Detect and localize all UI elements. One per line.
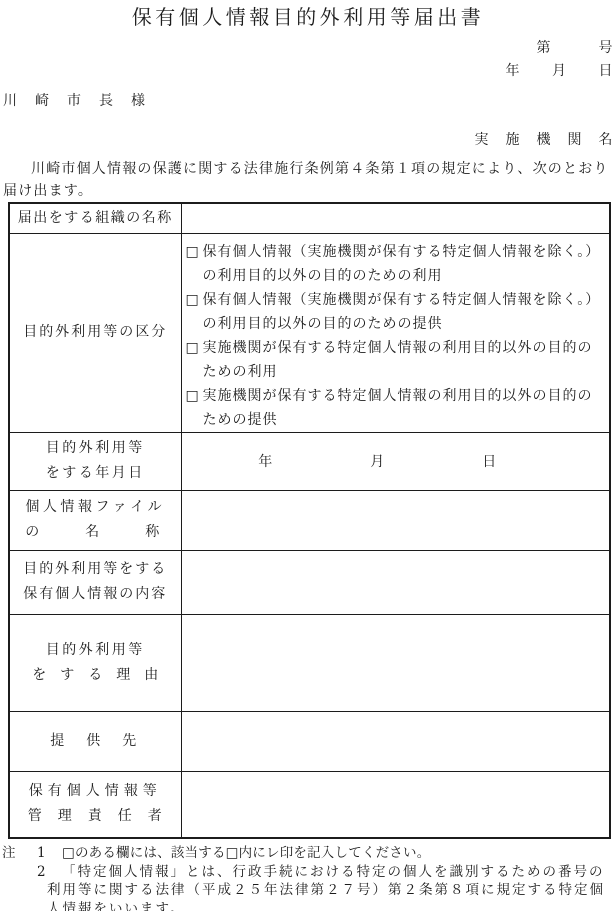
reason-field xyxy=(181,614,610,711)
org-name-field xyxy=(181,203,610,233)
manager-label-line2: 管 理 責 任 者 xyxy=(10,804,181,829)
recipient-label: 提 供 先 xyxy=(10,729,181,754)
intro-paragraph: 川崎市個人情報の保護に関する法律施行条例第４条第１項の規定により、次のとおり 届… xyxy=(3,158,609,202)
checkbox-label: 実施機関が保有する特定個人情報の利用目的以外の目的の ための利用 xyxy=(203,336,593,384)
manager-label-cell: 保有個人情報等 管 理 責 任 者 xyxy=(9,771,181,838)
info-content-field xyxy=(181,550,610,614)
row-info-content: 目的外利用等をする 保有個人情報の内容 xyxy=(9,550,610,614)
file-name-field xyxy=(181,490,610,550)
row-date: 目的外利用等 をする年月日 年 月 日 xyxy=(9,432,610,490)
date-label-line1: 目的外利用等 xyxy=(10,436,181,461)
agency-name-label: 実 施 機 関 名 xyxy=(0,131,616,150)
file-label-line2: の 名 称 xyxy=(10,520,181,545)
document-number: 第 号 xyxy=(0,39,616,58)
manager-label-line1: 保有個人情報等 xyxy=(10,779,181,804)
month-label: 月 xyxy=(370,451,384,471)
content-label-line1: 目的外利用等をする xyxy=(10,557,181,582)
addressee: 川 崎 市 長 様 xyxy=(0,92,616,111)
recipient-label-cell: 提 供 先 xyxy=(9,711,181,771)
row-reason: 目的外利用等 を す る 理 由 xyxy=(9,614,610,711)
reason-label-cell: 目的外利用等 を す る 理 由 xyxy=(9,614,181,711)
row-category: 目的外利用等の区分 □ 保有個人情報（実施機関が保有する特定個人情報を除く。） … xyxy=(9,233,610,432)
reason-label-line1: 目的外利用等 xyxy=(10,638,181,663)
note-text: □のある欄には、該当する□内にレ印を記入してください。 xyxy=(47,844,616,863)
org-name-label: 届出をする組織の名称 xyxy=(10,206,181,231)
org-name-label-cell: 届出をする組織の名称 xyxy=(9,203,181,233)
checkbox-icon[interactable]: □ xyxy=(186,384,203,408)
reason-label-line2: を す る 理 由 xyxy=(10,663,181,688)
category-options-cell: □ 保有個人情報（実施機関が保有する特定個人情報を除く。） の利用目的以外の目的… xyxy=(181,233,610,432)
content-label-line2: 保有個人情報の内容 xyxy=(10,582,181,607)
recipient-field xyxy=(181,711,610,771)
date-placeholders: 年 月 日 xyxy=(182,451,574,471)
note-item-2: 2 「特定個人情報」とは、行政手続における特定の個人を識別するための番号の 利用… xyxy=(2,863,616,911)
row-manager: 保有個人情報等 管 理 責 任 者 xyxy=(9,771,610,838)
row-file-name: 個人情報ファイル の 名 称 xyxy=(9,490,610,550)
date-label-cell: 目的外利用等 をする年月日 xyxy=(9,432,181,490)
checkbox-label: 保有個人情報（実施機関が保有する特定個人情報を除く。） の利用目的以外の目的のた… xyxy=(203,288,601,336)
checkbox-option-3: □ 実施機関が保有する特定個人情報の利用目的以外の目的の ための利用 xyxy=(186,336,610,384)
checkbox-option-2: □ 保有個人情報（実施機関が保有する特定個人情報を除く。） の利用目的以外の目的… xyxy=(186,288,610,336)
file-label-cell: 個人情報ファイル の 名 称 xyxy=(9,490,181,550)
row-recipient: 提 供 先 xyxy=(9,711,610,771)
checkbox-icon[interactable]: □ xyxy=(186,288,203,312)
date-label-line2: をする年月日 xyxy=(10,461,181,486)
checkbox-icon[interactable]: □ xyxy=(186,240,203,264)
notes-section: 注 1 □のある欄には、該当する□内にレ印を記入してください。 2 「特定個人情… xyxy=(2,844,616,911)
header-date: 年 月 日 xyxy=(0,62,616,81)
checkbox-option-4: □ 実施機関が保有する特定個人情報の利用目的以外の目的の ための提供 xyxy=(186,384,610,432)
date-field: 年 月 日 xyxy=(181,432,610,490)
content-label-cell: 目的外利用等をする 保有個人情報の内容 xyxy=(9,550,181,614)
year-label: 年 xyxy=(258,451,272,471)
category-label-cell: 目的外利用等の区分 xyxy=(9,233,181,432)
note-number: 2 xyxy=(37,863,46,882)
page-title: 保有個人情報目的外利用等届出書 xyxy=(0,4,616,30)
checkbox-icon[interactable]: □ xyxy=(186,336,203,360)
row-organization: 届出をする組織の名称 xyxy=(9,203,610,233)
category-label: 目的外利用等の区分 xyxy=(10,320,181,345)
note-item-1: 1 □のある欄には、該当する□内にレ印を記入してください。 xyxy=(2,844,616,863)
checkbox-label: 保有個人情報（実施機関が保有する特定個人情報を除く。） の利用目的以外の目的のた… xyxy=(203,240,601,288)
form-table: 届出をする組織の名称 目的外利用等の区分 □ 保有個人情報（実施機関が保有する特… xyxy=(8,202,611,839)
form-page: 保有個人情報目的外利用等届出書 第 号 年 月 日 川 崎 市 長 様 実 施 … xyxy=(0,4,616,911)
checkbox-option-1: □ 保有個人情報（実施機関が保有する特定個人情報を除く。） の利用目的以外の目的… xyxy=(186,240,610,288)
day-label: 日 xyxy=(482,451,496,471)
checkbox-label: 実施機関が保有する特定個人情報の利用目的以外の目的の ための提供 xyxy=(203,384,593,432)
file-label-line1: 個人情報ファイル xyxy=(10,495,181,520)
note-text: 「特定個人情報」とは、行政手続における特定の個人を識別するための番号の 利用等に… xyxy=(47,863,616,911)
manager-field xyxy=(181,771,610,838)
note-number: 1 xyxy=(37,844,46,863)
